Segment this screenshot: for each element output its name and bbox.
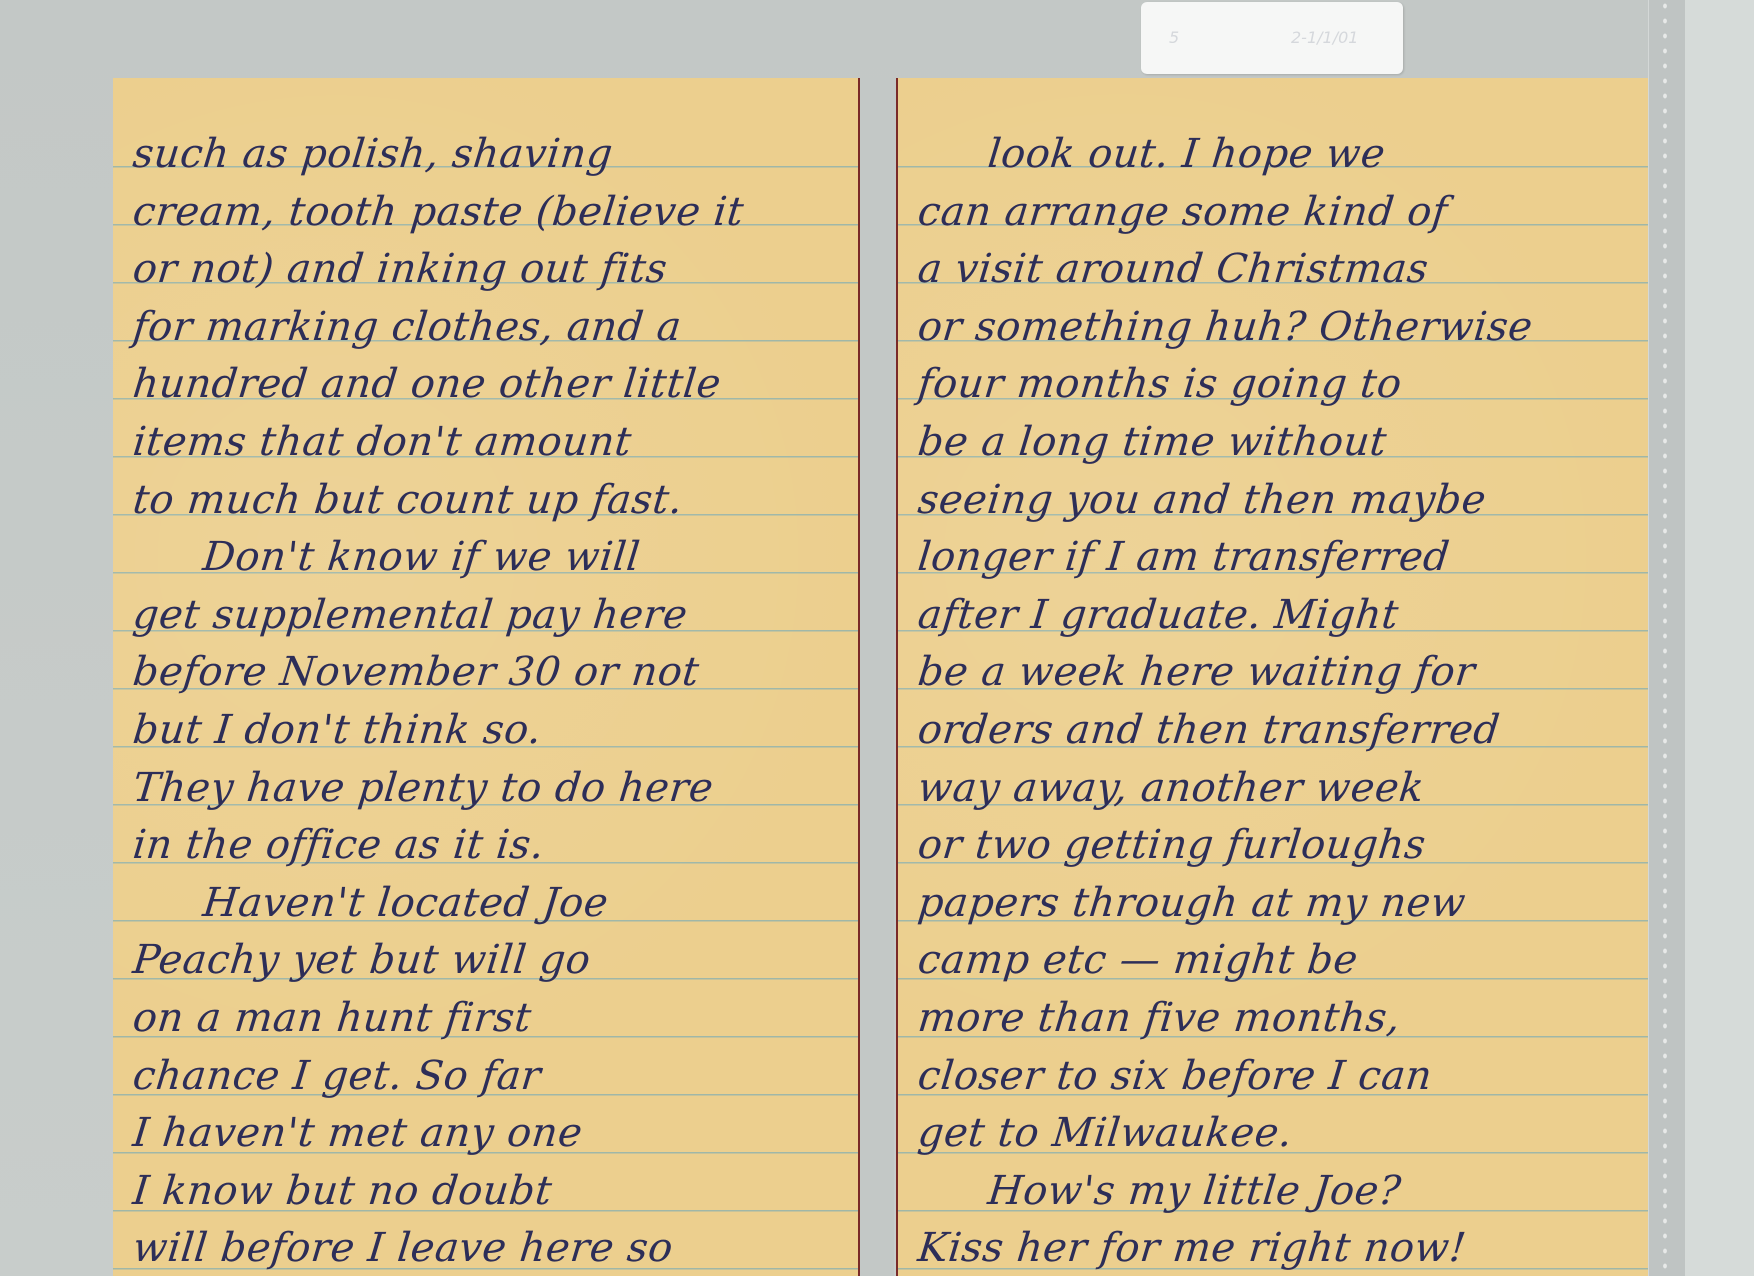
label-code: 2-1/1/01: [1291, 28, 1358, 47]
text-line: be a week here waiting for: [915, 644, 1641, 702]
text-line: Kiss her for me right now!: [915, 1220, 1641, 1276]
text-line: or something huh? Otherwise: [915, 299, 1641, 357]
text-line: longer if I am transferred: [915, 529, 1641, 587]
text-line: in the office as it is.: [130, 817, 851, 875]
text-line: get to Milwaukee.: [915, 1105, 1641, 1163]
text-line: chance I get. So far: [130, 1048, 851, 1106]
text-line: after I graduate. Might: [915, 587, 1641, 645]
handwritten-lines-left: such as polish, shaving cream, tooth pas…: [133, 126, 848, 1276]
binder-holes: [1660, 0, 1670, 1276]
text-line: will before I leave here so: [130, 1220, 851, 1276]
page-gap: [860, 78, 894, 1276]
archive-label-tab: 5 2-1/1/01: [1141, 2, 1403, 74]
text-line: hundred and one other little: [130, 356, 851, 414]
text-line: orders and then transferred: [915, 702, 1641, 760]
text-line: be a long time without: [915, 414, 1641, 472]
label-number: 5: [1169, 28, 1179, 47]
letter-page-right: look out. I hope we can arrange some kin…: [896, 78, 1648, 1276]
text-line: cream, tooth paste (believe it: [130, 184, 851, 242]
text-line: for marking clothes, and a: [130, 299, 851, 357]
text-line: How's my little Joe?: [915, 1163, 1641, 1221]
sheet-protector-margin: [1685, 0, 1754, 1276]
text-line: items that don't amount: [130, 414, 851, 472]
text-line: on a man hunt first: [130, 990, 851, 1048]
letter-page-left: such as polish, shaving cream, tooth pas…: [113, 78, 860, 1276]
text-line: Peachy yet but will go: [130, 932, 851, 990]
text-line: such as polish, shaving: [130, 126, 851, 184]
text-line: papers through at my new: [915, 875, 1641, 933]
text-line: look out. I hope we: [915, 126, 1641, 184]
text-line: can arrange some kind of: [915, 184, 1641, 242]
text-line: They have plenty to do here: [130, 760, 851, 818]
text-line: get supplemental pay here: [130, 587, 851, 645]
text-line: a visit around Christmas: [915, 241, 1641, 299]
text-line: before November 30 or not: [130, 644, 851, 702]
text-line: closer to six before I can: [915, 1048, 1641, 1106]
text-line: I haven't met any one: [130, 1105, 851, 1163]
text-line: camp etc — might be: [915, 932, 1641, 990]
text-line: to much but count up fast.: [130, 472, 851, 530]
text-line: way away, another week: [915, 760, 1641, 818]
text-line: seeing you and then maybe: [915, 472, 1641, 530]
text-line: or not) and inking out fits: [130, 241, 851, 299]
text-line: four months is going to: [915, 356, 1641, 414]
text-line: Haven't located Joe: [130, 875, 851, 933]
text-line: or two getting furloughs: [915, 817, 1641, 875]
text-line: Don't know if we will: [130, 529, 851, 587]
handwritten-lines-right: look out. I hope we can arrange some kin…: [918, 126, 1638, 1276]
text-line: but I don't think so.: [130, 702, 851, 760]
text-line: I know but no doubt: [130, 1163, 851, 1221]
text-line: more than five months,: [915, 990, 1641, 1048]
